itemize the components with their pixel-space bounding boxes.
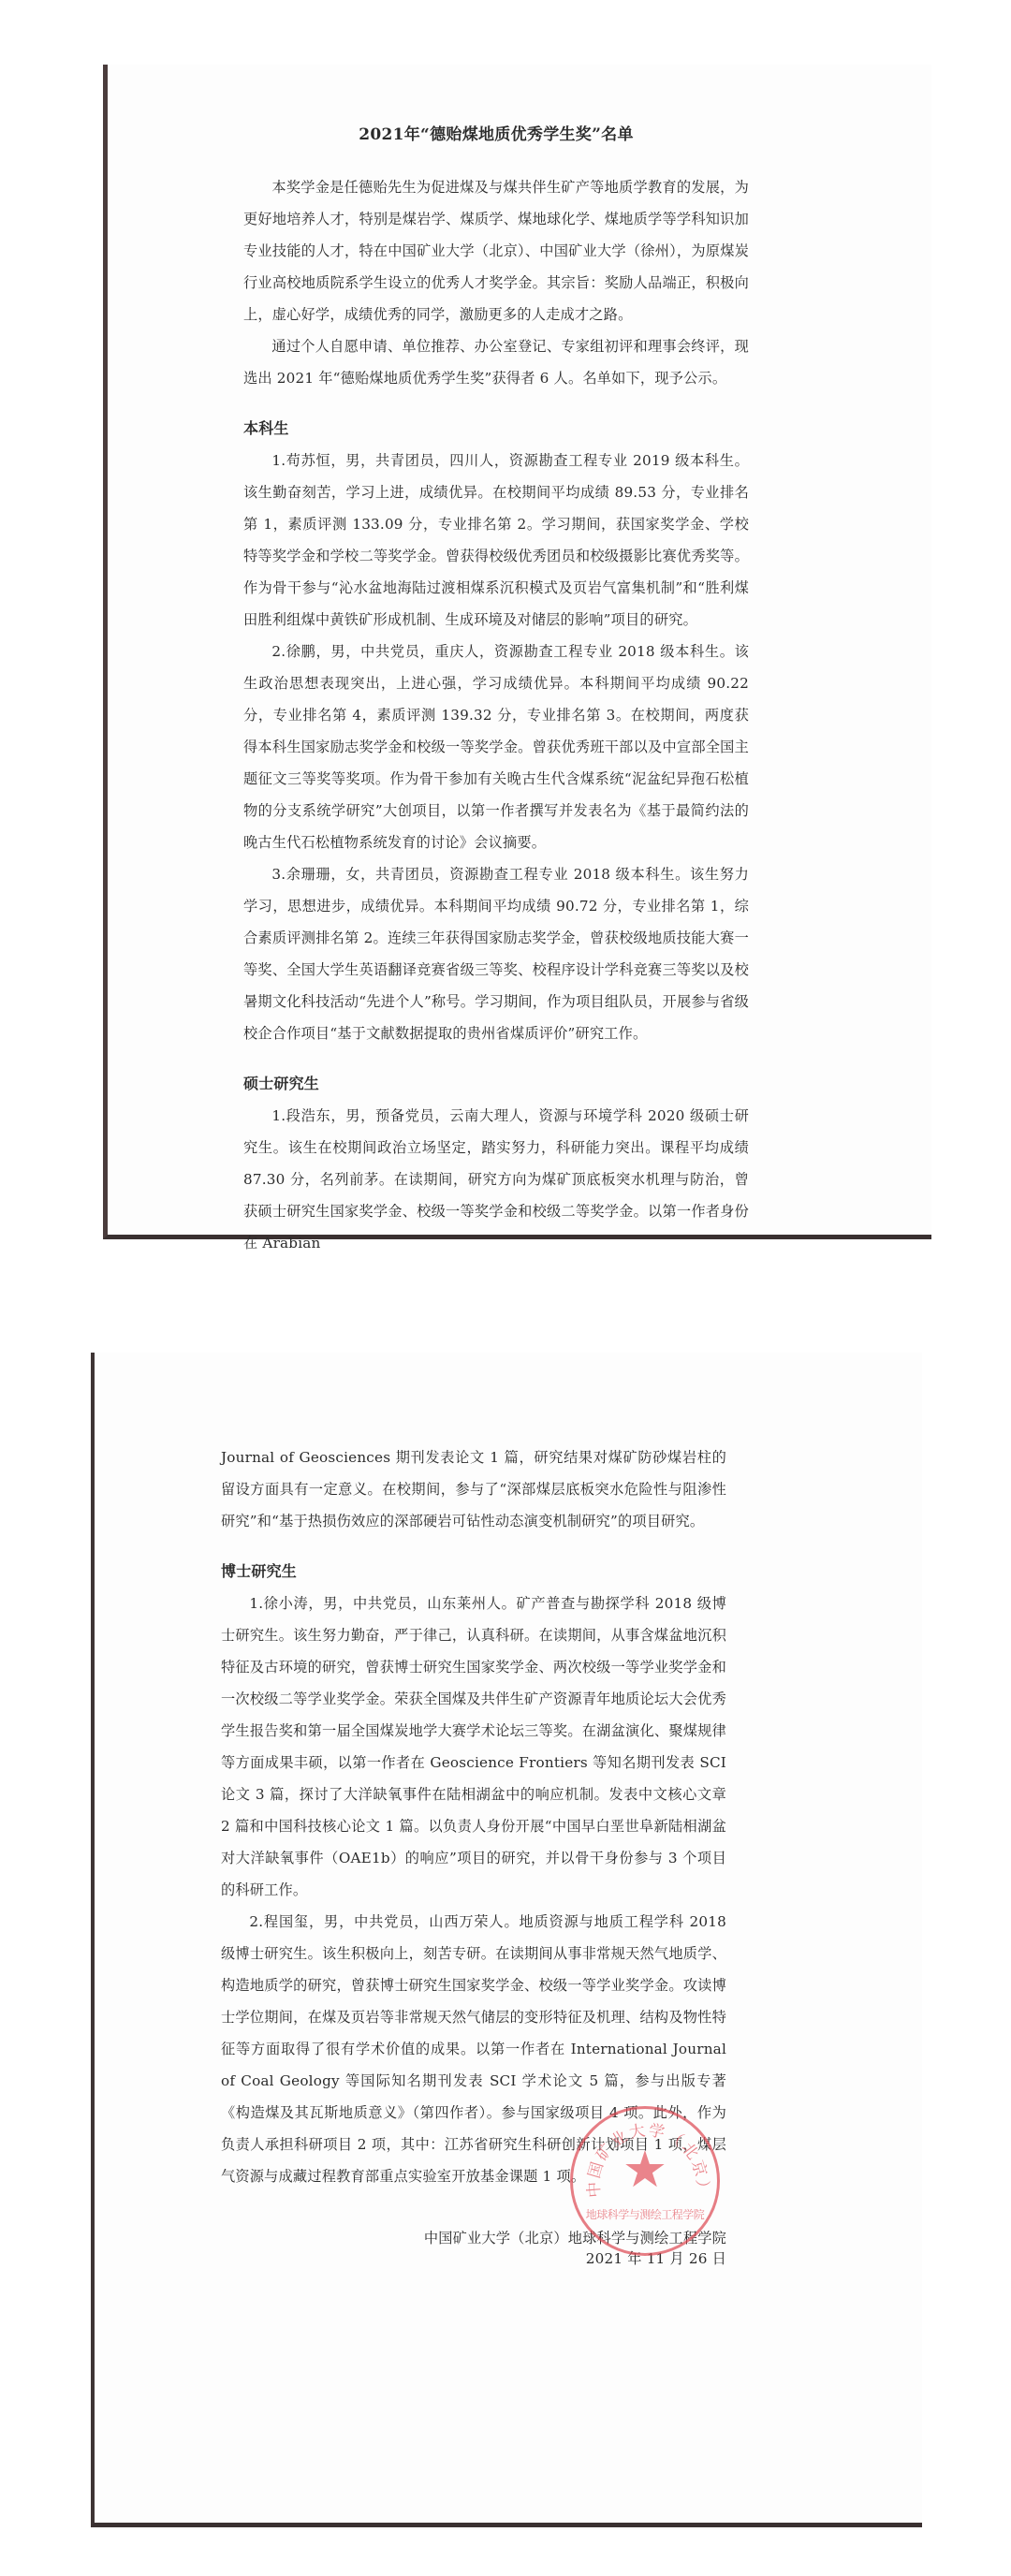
intro-paragraph-2: 通过个人自愿申请、单位推荐、办公室登记、专家组初评和理事会终评，现选出 2021… (243, 330, 749, 394)
intro-paragraph-1: 本奖学金是任德贻先生为促进煤及与煤共伴生矿产等地质学教育的发展，为更好地培养人才… (243, 171, 749, 330)
undergraduate-entry-1: 1.苟苏恒，男，共青团员，四川人，资源勘查工程专业 2019 级本科生。该生勤奋… (243, 445, 749, 636)
seal-star-icon: ★ (623, 2144, 667, 2195)
seal-bottom-text: 地球科学与测绘工程学院 (573, 2206, 717, 2222)
master-entry-1: 1.段浩东，男，预备党员，云南大理人，资源与环境学科 2020 级硕士研究生。该… (243, 1100, 749, 1259)
document-title: 2021年“德贻煤地质优秀学生奖”名单 (243, 119, 749, 151)
page-1-content: 2021年“德贻煤地质优秀学生奖”名单 本奖学金是任德贻先生为促进煤及与煤共伴生… (243, 119, 749, 1259)
official-seal-stamp: 中国矿业大学（北京） ★ 地球科学与测绘工程学院 (570, 2106, 720, 2256)
master-entry-1-continued: Journal of Geosciences 期刊发表论文 1 篇，研究结果对煤… (221, 1442, 726, 1537)
section-heading-doctoral: 博士研究生 (221, 1556, 726, 1588)
undergraduate-entry-3: 3.余珊珊，女，共青团员，资源勘查工程专业 2018 级本科生。该生努力学习，思… (243, 858, 749, 1049)
doctoral-entry-1: 1.徐小涛，男，中共党员，山东莱州人。矿产普查与勘探学科 2018 级博士研究生… (221, 1588, 726, 1906)
undergraduate-entry-2: 2.徐鹏，男，中共党员，重庆人，资源勘查工程专业 2018 级本科生。该生政治思… (243, 636, 749, 858)
section-heading-master: 硕士研究生 (243, 1068, 749, 1100)
section-heading-undergraduate: 本科生 (243, 413, 749, 445)
document-page-1: 2021年“德贻煤地质优秀学生奖”名单 本奖学金是任德贻先生为促进煤及与煤共伴生… (103, 65, 931, 1239)
document-page-2: Journal of Geosciences 期刊发表论文 1 篇，研究结果对煤… (91, 1353, 922, 2527)
